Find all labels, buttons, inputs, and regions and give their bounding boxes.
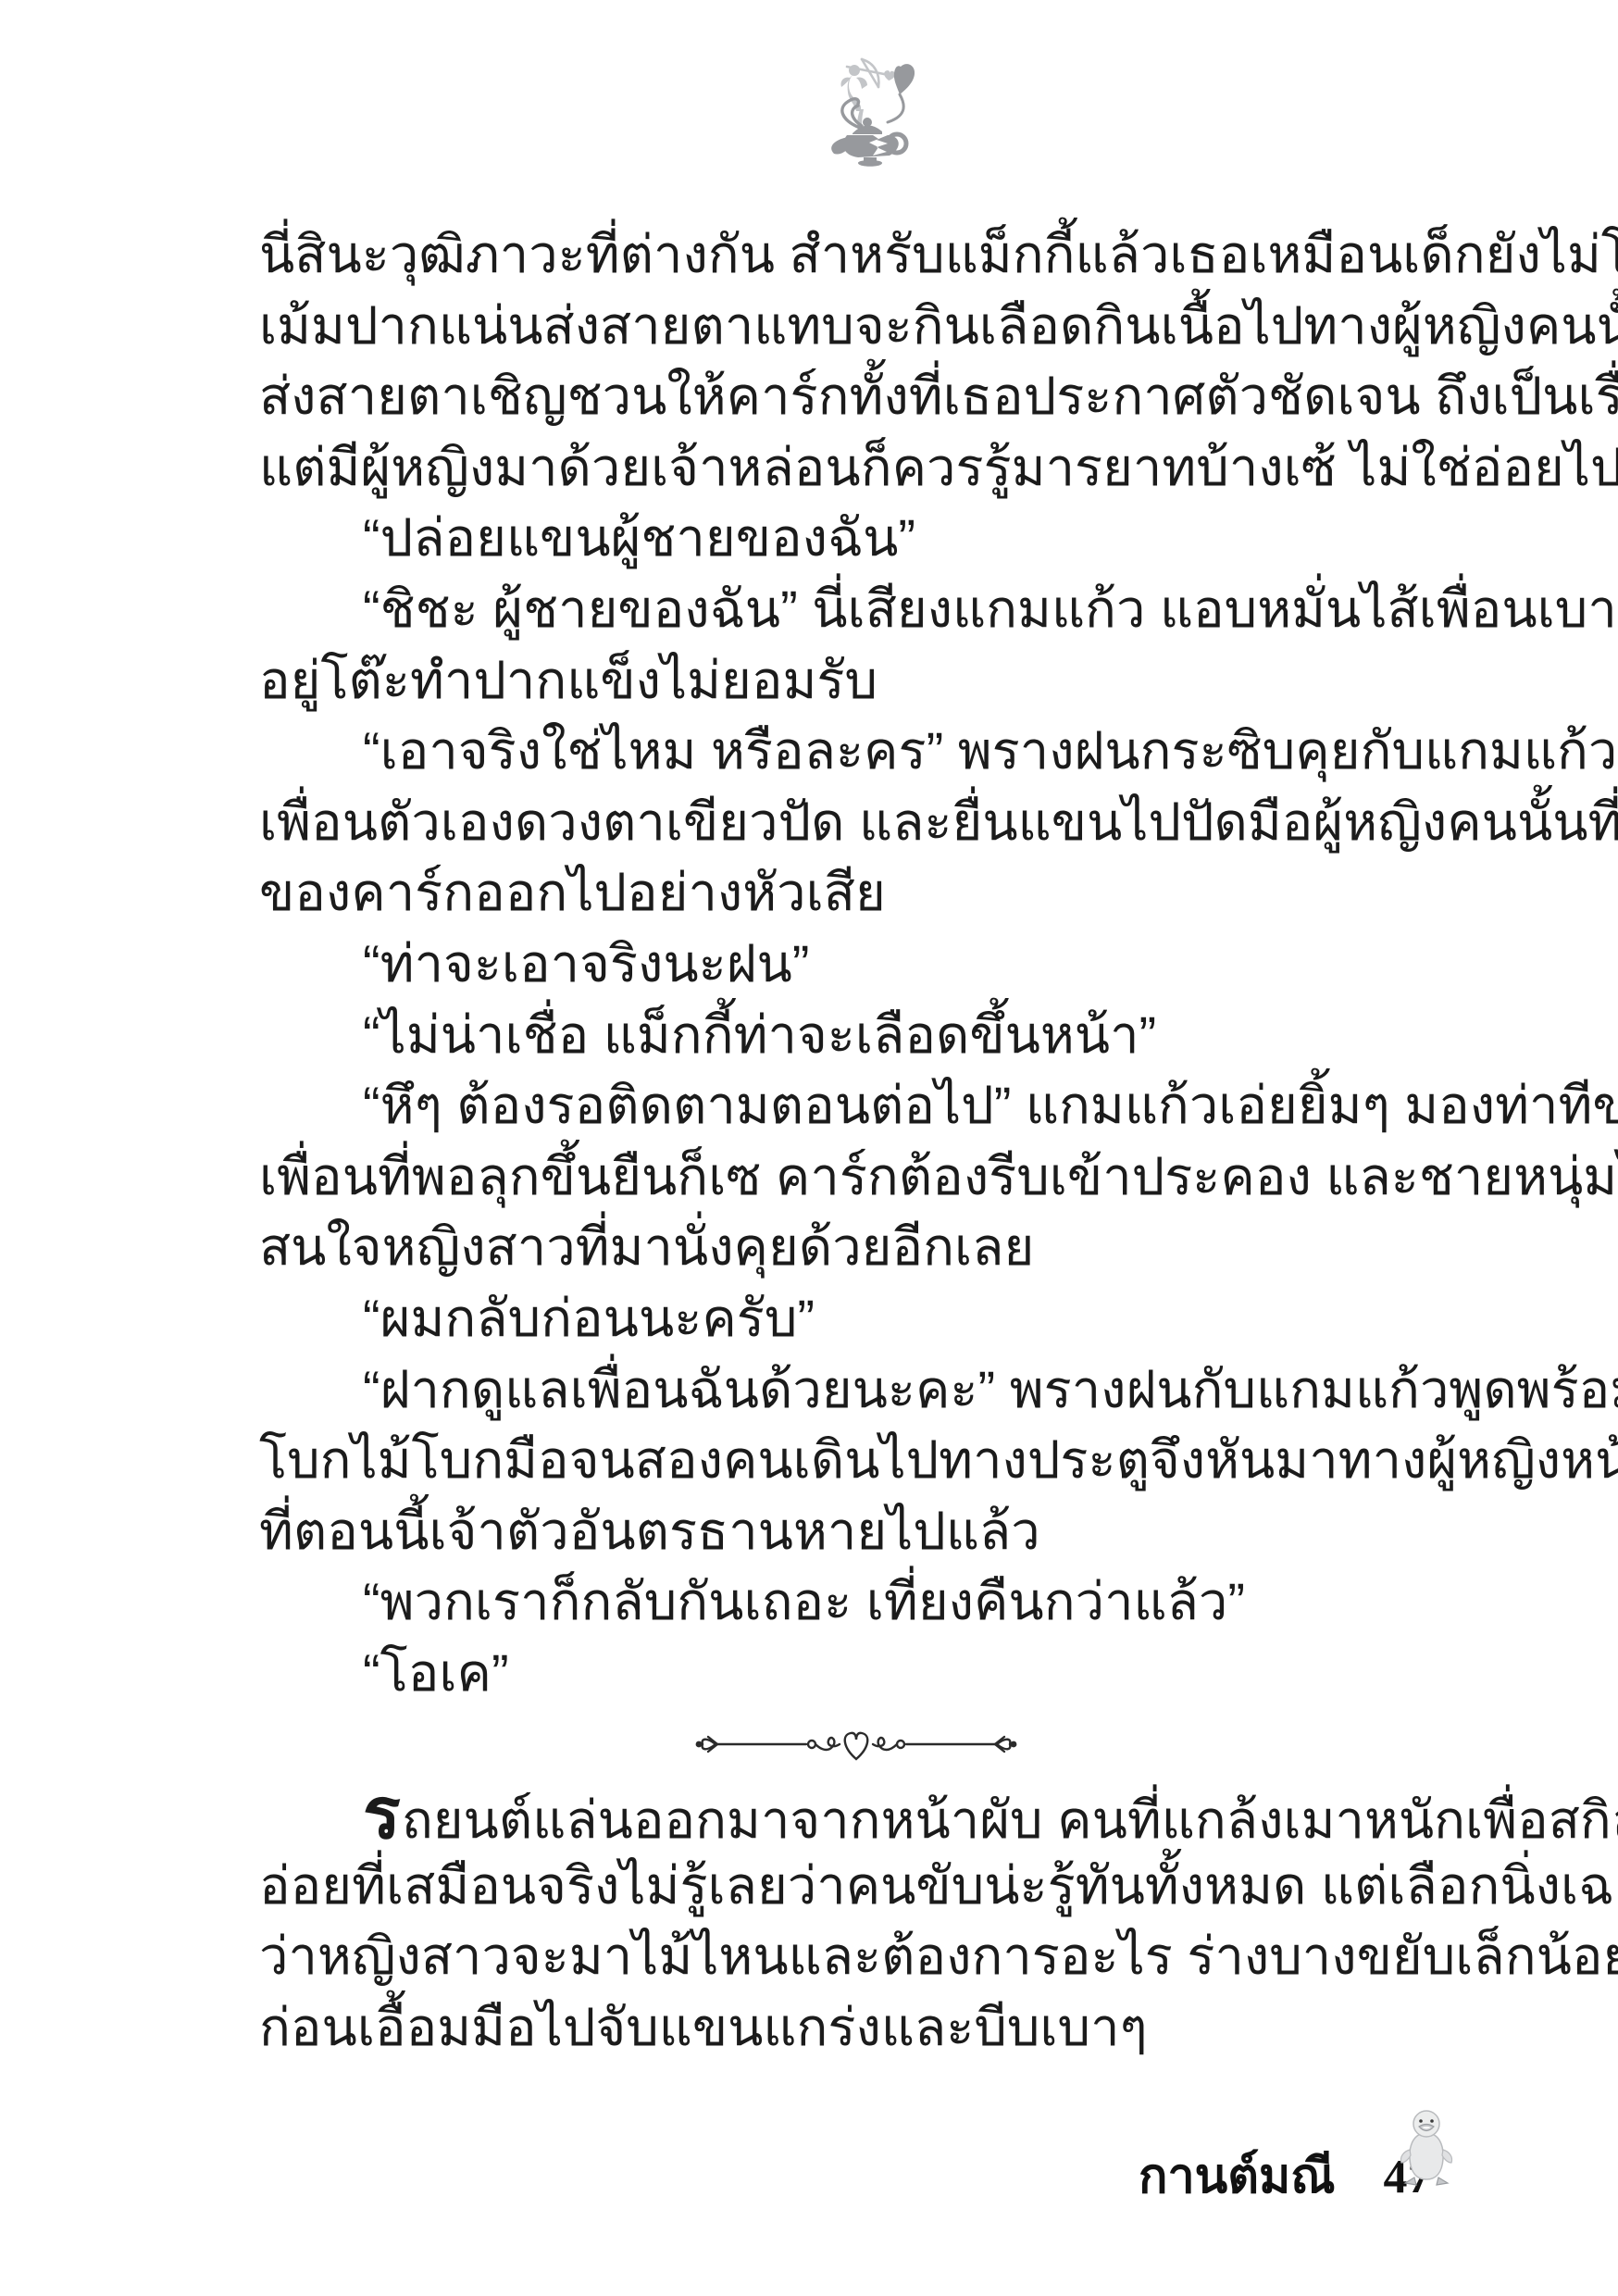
duck-mascot-icon bbox=[1396, 2109, 1457, 2194]
text-line: เพื่อนที่พอลุกขึ้นยืนก็เซ คาร์กต้องรีบเข… bbox=[259, 1142, 1453, 1213]
text-line: “ชิชะ ผู้ชายของฉัน” นี่เสียงแกมแก้ว แอบห… bbox=[259, 574, 1453, 645]
footer: กานต์มณี 47 bbox=[1139, 2137, 1432, 2214]
text-line: ของคาร์กออกไปอย่างหัวเสีย bbox=[259, 857, 1453, 929]
divider-heart-icon bbox=[693, 1718, 1019, 1770]
text-line: แต่มีผู้หญิงมาด้วยเจ้าหล่อนก็ควรรู้มารยา… bbox=[259, 432, 1453, 504]
text-line: นี่สินะวุฒิภาวะที่ต่างกัน สำหรับแม็กกี้แ… bbox=[259, 219, 1453, 291]
header-ornament bbox=[819, 54, 921, 172]
text-line: “ผมกลับก่อนนะครับ” bbox=[259, 1283, 1453, 1354]
text-line: ส่งสายตาเชิญชวนให้คาร์กทั้งที่เธอประกาศต… bbox=[259, 361, 1453, 432]
text-line: เม้มปากแน่นส่งสายตาแทบจะกินเลือดกินเนื้อ… bbox=[259, 291, 1453, 362]
paragraph-first-line: รถยนต์แล่นออกมาจากหน้าผับ คนที่แกล้งเมาห… bbox=[259, 1779, 1453, 1851]
text-line: ที่ตอนนี้เจ้าตัวอันตรธานหายไปแล้ว bbox=[259, 1496, 1453, 1567]
scene-divider bbox=[259, 1708, 1453, 1779]
text-line: “เอาจริงใช่ไหม หรือละคร” พรางฝนกระซิบคุย… bbox=[259, 716, 1453, 787]
text-line: โบกไม้โบกมือจนสองคนเดินไปทางประตูจึงหันม… bbox=[259, 1425, 1453, 1496]
cupid-lamp-icon bbox=[819, 54, 921, 172]
book-title: กานต์มณี bbox=[1139, 2137, 1336, 2214]
text-line: “ปล่อยแขนผู้ชายของฉัน” bbox=[259, 503, 1453, 574]
text-line: อ่อยที่เสมือนจริงไม่รู้เลยว่าคนขับน่ะรู้… bbox=[259, 1851, 1453, 1922]
text-line: ว่าหญิงสาวจะมาไม้ไหนและต้องการอะไร ร่างบ… bbox=[259, 1921, 1453, 1992]
text-line: “ท่าจะเอาจริงนะฝน” bbox=[259, 929, 1453, 1000]
text-line: อยู่โต๊ะทำปากแข็งไม่ยอมรับ bbox=[259, 645, 1453, 717]
text-line: ก่อนเอื้อมมือไปจับแขนแกร่งและบีบเบาๆ bbox=[259, 1992, 1453, 2064]
drop-cap: ร bbox=[363, 1775, 402, 1853]
text-line: “โอเค” bbox=[259, 1638, 1453, 1709]
text-line: สนใจหญิงสาวที่มานั่งคุยด้วยอีกเลย bbox=[259, 1212, 1453, 1283]
page: นี่สินะวุฒิภาวะที่ต่างกัน สำหรับแม็กกี้แ… bbox=[0, 0, 1618, 2296]
text-line: “ฝากดูแลเพื่อนฉันด้วยนะคะ” พรางฝนกับแกมแ… bbox=[259, 1354, 1453, 1426]
body-text: นี่สินะวุฒิภาวะที่ต่างกัน สำหรับแม็กกี้แ… bbox=[259, 219, 1453, 2063]
text-line: “หึๆ ต้องรอติดตามตอนต่อไป” แกมแก้วเอ่ยยิ… bbox=[259, 1070, 1453, 1142]
text-line: “ไม่น่าเชื่อ แม็กกี้ท่าจะเลือดขึ้นหน้า” bbox=[259, 1000, 1453, 1071]
text-line: เพื่อนตัวเองดวงตาเขียวปัด และยื่นแขนไปปั… bbox=[259, 787, 1453, 858]
text-line: “พวกเราก็กลับกันเถอะ เที่ยงคืนกว่าแล้ว” bbox=[259, 1566, 1453, 1638]
